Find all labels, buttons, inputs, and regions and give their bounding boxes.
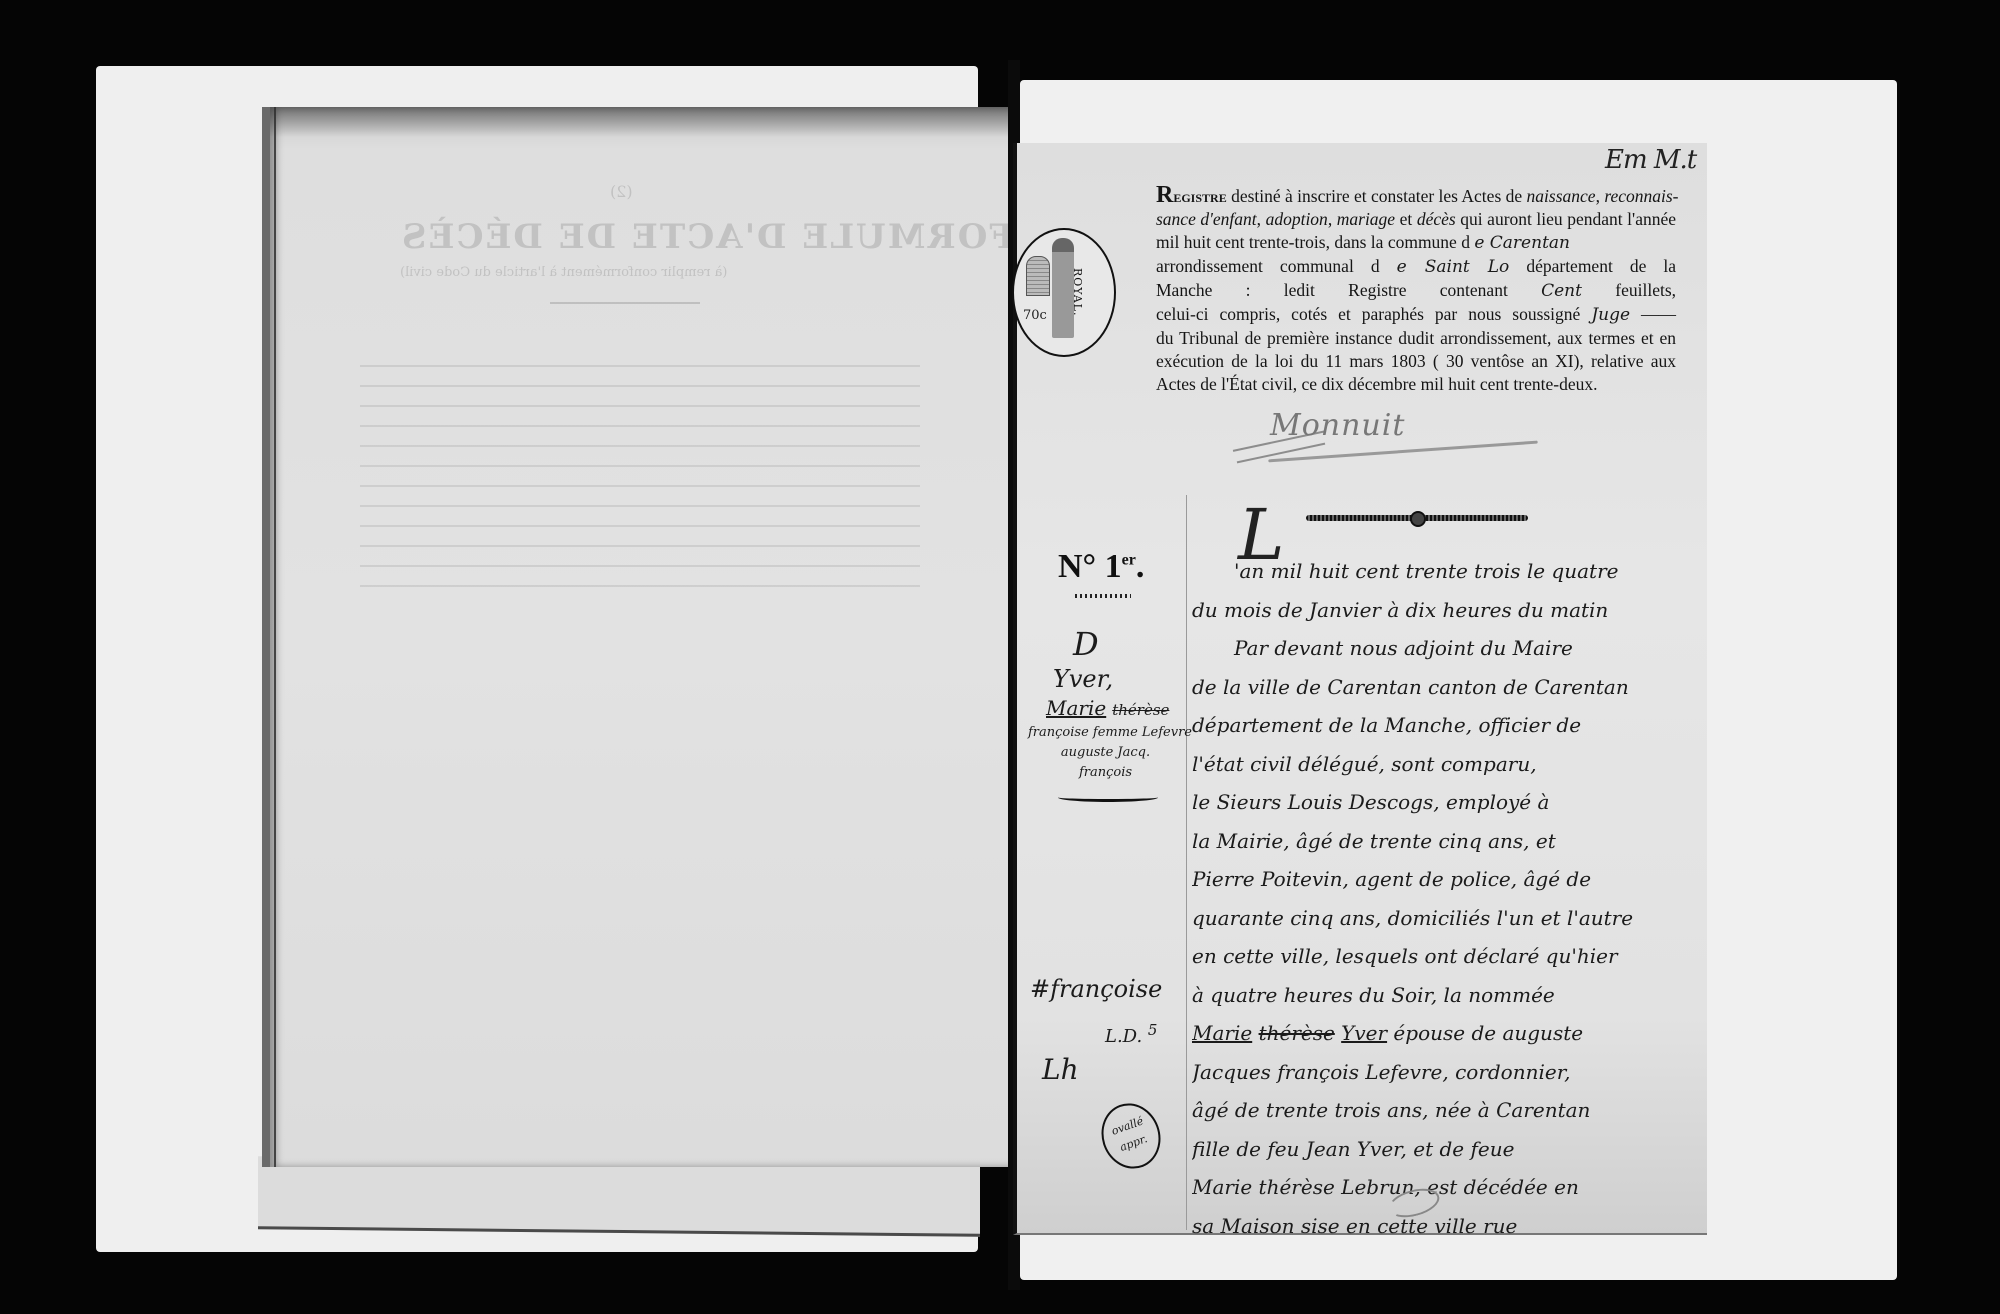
margin-spouse-line: françoise femme Lefevre xyxy=(1028,723,1183,743)
act-body-text: 'an mil huit cent trente trois le quatre… xyxy=(1192,552,1692,1245)
left-page: (2) FORMULE D'ACTE DE DÉCÈS (à remplir c… xyxy=(262,107,1022,1167)
stamp-tablet-icon xyxy=(1026,256,1050,296)
body-line: à quatre heures du Soir, la nommée xyxy=(1192,976,1692,1015)
act-number: N° 1er. xyxy=(1058,548,1144,586)
body-line: Marie thérèse Lebrun, est décédée en xyxy=(1192,1168,1692,1207)
paraph-mark: Lh xyxy=(1042,1053,1185,1086)
stamp-value: 70c xyxy=(1023,308,1047,323)
judge-signature: Monnuit xyxy=(1270,408,1405,443)
bleedthrough-rule xyxy=(550,302,700,304)
body-line: la Mairie, âgé de trente cinq ans, et xyxy=(1192,822,1692,861)
brace-flourish xyxy=(1058,793,1158,802)
body-line: sa Maison sise en cette ville rue xyxy=(1192,1207,1692,1246)
bleedthrough-lines xyxy=(360,347,920,605)
body-line: âgé de trente trois ans, née à Carentan xyxy=(1192,1091,1692,1130)
body-line: Par devant nous adjoint du Maire xyxy=(1192,629,1692,668)
body-line: fille de feu Jean Yver, et de feue xyxy=(1192,1130,1692,1169)
bleedthrough-subtitle: (à remplir conformément à l'article du C… xyxy=(400,265,727,280)
body-line: Pierre Poitevin, agent de police, âgé de xyxy=(1192,860,1692,899)
act-number-underline xyxy=(1075,594,1131,598)
corner-annotation: Em M.t xyxy=(1605,145,1696,175)
body-line: de la ville de Carentan canton de Carent… xyxy=(1192,668,1692,707)
body-line: 'an mil huit cent trente trois le quatre xyxy=(1192,552,1692,591)
left-underleaf xyxy=(258,1156,980,1237)
act-type-letter: D xyxy=(1073,625,1183,663)
header-dropcap: R xyxy=(1156,182,1173,208)
inserted-name-note: #françoise xyxy=(1030,975,1185,1003)
margin-entry: D Yver, Mariethérèse françoise femme Lef… xyxy=(1028,625,1183,802)
margin-rule xyxy=(1186,495,1187,1230)
bleedthrough-title: FORMULE D'ACTE DE DÉCÈS xyxy=(400,217,1014,257)
margin-spouse-line: auguste Jacq. xyxy=(1028,743,1183,763)
royal-tax-stamp: 70c ROYAL. xyxy=(1012,228,1116,357)
judge-handwritten: Juge xyxy=(1591,305,1630,325)
deceased-given-name: Mariethérèse xyxy=(1046,695,1183,723)
body-line: l'état civil délégué, sont comparu, xyxy=(1192,745,1692,784)
margin-spouse-line: françois xyxy=(1028,763,1183,783)
body-line: du mois de Janvier à dix heures du matin xyxy=(1192,591,1692,630)
stamp-label: ROYAL. xyxy=(1071,268,1084,316)
arrondissement-handwritten: e Saint Lo xyxy=(1397,257,1510,277)
leaf-count-handwritten: Cent xyxy=(1541,281,1582,301)
deceased-surname: Yver, xyxy=(1053,663,1183,695)
body-line: le Sieurs Louis Descogs, employé à xyxy=(1192,783,1692,822)
commune-handwritten: e Carentan xyxy=(1474,233,1570,253)
margin-correction-notes: #françoise L.D. 5 Lh ovallé appr. xyxy=(1030,975,1185,1086)
register-header: Registre destiné à inscrire et constater… xyxy=(1156,184,1676,396)
body-line: Jacques françois Lefevre, cordonnier, xyxy=(1192,1053,1692,1092)
initials-note: L.D. 5 xyxy=(1105,1021,1185,1047)
bleedthrough-page-marker: (2) xyxy=(610,182,633,201)
body-line: quarante cinq ans, domiciliés l'un et l'… xyxy=(1192,899,1692,938)
body-line-deceased-name: Marie thérèse Yver épouse de auguste xyxy=(1192,1014,1692,1053)
ornament-rosette-icon xyxy=(1410,511,1426,527)
body-line: département de la Manche, officier de xyxy=(1192,706,1692,745)
body-line: en cette ville, lesquels ont déclaré qu'… xyxy=(1192,937,1692,976)
